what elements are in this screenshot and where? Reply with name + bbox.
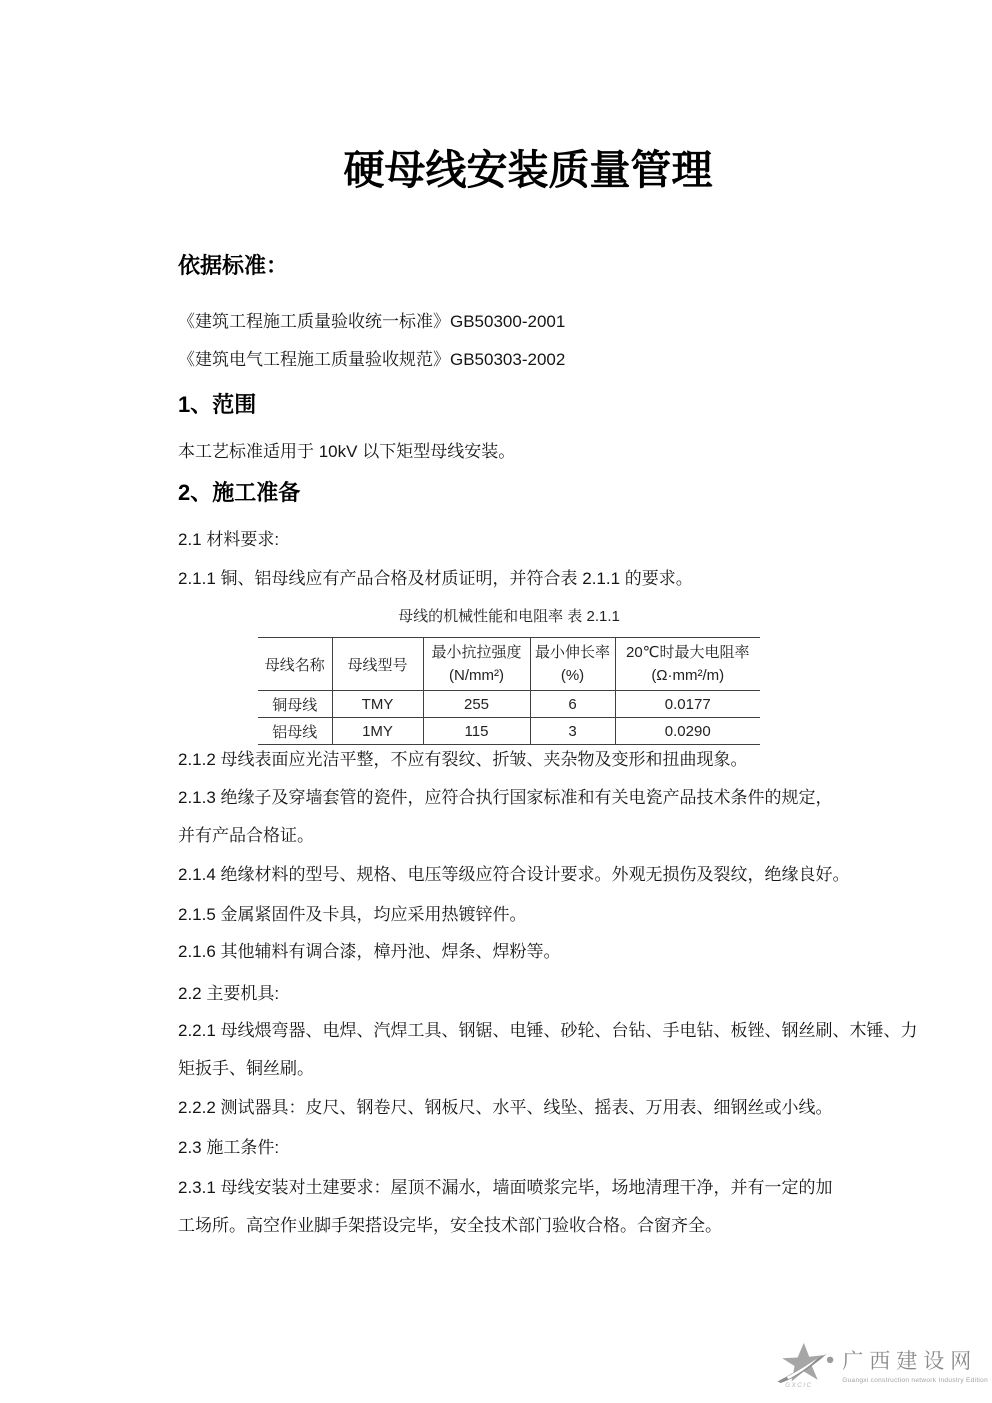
table-header-line: 20℃时最大电阻率 bbox=[616, 641, 761, 664]
table-header-row: 母线名称 母线型号 最小抗拉强度(N/mm²) 最小伸长率(%) 20℃时最大电… bbox=[258, 638, 760, 691]
standard-reference-1: 《建筑工程施工质量验收统一标准》GB50300-2001 bbox=[178, 303, 923, 341]
site-name: 广西建设网 bbox=[842, 1348, 988, 1374]
table-header-line: (Ω·mm²/m) bbox=[616, 664, 761, 687]
star-logo-icon: GXCIC bbox=[776, 1334, 836, 1398]
document-title: 硬母线安装质量管理 bbox=[178, 145, 878, 195]
table-header-line: 母线型号 bbox=[347, 657, 407, 674]
spec-table: 母线名称 母线型号 最小抗拉强度(N/mm²) 最小伸长率(%) 20℃时最大电… bbox=[258, 637, 760, 745]
section-1-heading: 1、范围 bbox=[178, 390, 256, 420]
para-2-2-1: 2.2.1 母线煨弯器、电焊、汽焊工具、钢锯、电锤、砂轮、台钻、手电钻、板锉、钢… bbox=[178, 1012, 923, 1088]
para-2-1-2: 2.1.2 母线表面应光洁平整，不应有裂纹、折皱、夹杂物及变形和扭曲现象。 bbox=[178, 741, 923, 779]
site-watermark: GXCIC 广西建设网 Guangxi construction network… bbox=[776, 1334, 988, 1398]
para-2-3-1: 2.3.1 母线安装对土建要求：屋顶不漏水，墙面喷浆完毕，场地清理干净，并有一定… bbox=[178, 1169, 923, 1245]
standard-reference-2: 《建筑电气工程施工质量验收规范》GB50303-2002 bbox=[178, 341, 923, 379]
table-cell: 255 bbox=[423, 691, 530, 718]
para-2-3: 2.3 施工条件: bbox=[178, 1129, 923, 1167]
section-2-heading: 2、施工准备 bbox=[178, 478, 300, 508]
logo-small-text: GXCIC bbox=[785, 1382, 812, 1389]
para-2-2: 2.2 主要机具: bbox=[178, 975, 923, 1013]
table-header-line: 最小伸长率 bbox=[531, 641, 615, 664]
table-row: 铜母线 TMY 255 6 0.0177 bbox=[258, 691, 760, 718]
table-header-cell: 20℃时最大电阻率(Ω·mm²/m) bbox=[615, 638, 760, 691]
document-page: 硬母线安装质量管理 依据标准： 《建筑工程施工质量验收统一标准》GB50300-… bbox=[0, 0, 992, 1403]
standards-heading: 依据标准： bbox=[178, 251, 288, 281]
table-header-cell: 最小伸长率(%) bbox=[530, 638, 615, 691]
table-header-cell: 母线名称 bbox=[258, 638, 332, 691]
site-subtitle: Guangxi construction network Industry Ed… bbox=[842, 1376, 988, 1385]
table-cell: 铜母线 bbox=[258, 691, 332, 718]
table-caption: 母线的机械性能和电阻率 表 2.1.1 bbox=[258, 604, 760, 630]
table-cell: 6 bbox=[530, 691, 615, 718]
para-2-1-4: 2.1.4 绝缘材料的型号、规格、电压等级应符合设计要求。外观无损伤及裂纹，绝缘… bbox=[178, 856, 923, 894]
para-2-1-3: 2.1.3 绝缘子及穿墙套管的瓷件，应符合执行国家标准和有关电瓷产品技术条件的规… bbox=[178, 779, 923, 855]
table-header-line: (N/mm²) bbox=[424, 664, 530, 687]
document-content: 硬母线安装质量管理 依据标准： 《建筑工程施工质量验收统一标准》GB50300-… bbox=[178, 0, 923, 1403]
table-header-line: 最小抗拉强度 bbox=[424, 641, 530, 664]
table-header-cell: 最小抗拉强度(N/mm²) bbox=[423, 638, 530, 691]
para-2-1-5: 2.1.5 金属紧固件及卡具，均应采用热镀锌件。 bbox=[178, 896, 923, 934]
table-cell: TMY bbox=[332, 691, 423, 718]
table-header-line: (%) bbox=[531, 664, 615, 687]
para-2-1-1: 2.1.1 铜、铝母线应有产品合格及材质证明，并符合表 2.1.1 的要求。 bbox=[178, 560, 923, 598]
para-2-2-2: 2.2.2 测试器具：皮尺、钢卷尺、钢板尺、水平、线坠、摇表、万用表、细钢丝或小… bbox=[178, 1089, 923, 1127]
watermark-text: 广西建设网 Guangxi construction network Indus… bbox=[842, 1334, 988, 1385]
para-2-1-6: 2.1.6 其他辅料有调合漆，樟丹池、焊条、焊粉等。 bbox=[178, 933, 923, 971]
table-header-line: 母线名称 bbox=[265, 657, 325, 674]
table-header-cell: 母线型号 bbox=[332, 638, 423, 691]
section-1-body: 本工艺标准适用于 10kV 以下矩型母线安装。 bbox=[178, 433, 923, 471]
para-2-1: 2.1 材料要求: bbox=[178, 521, 923, 559]
spec-table-wrap: 母线名称 母线型号 最小抗拉强度(N/mm²) 最小伸长率(%) 20℃时最大电… bbox=[258, 637, 760, 745]
table-cell: 0.0177 bbox=[615, 691, 760, 718]
